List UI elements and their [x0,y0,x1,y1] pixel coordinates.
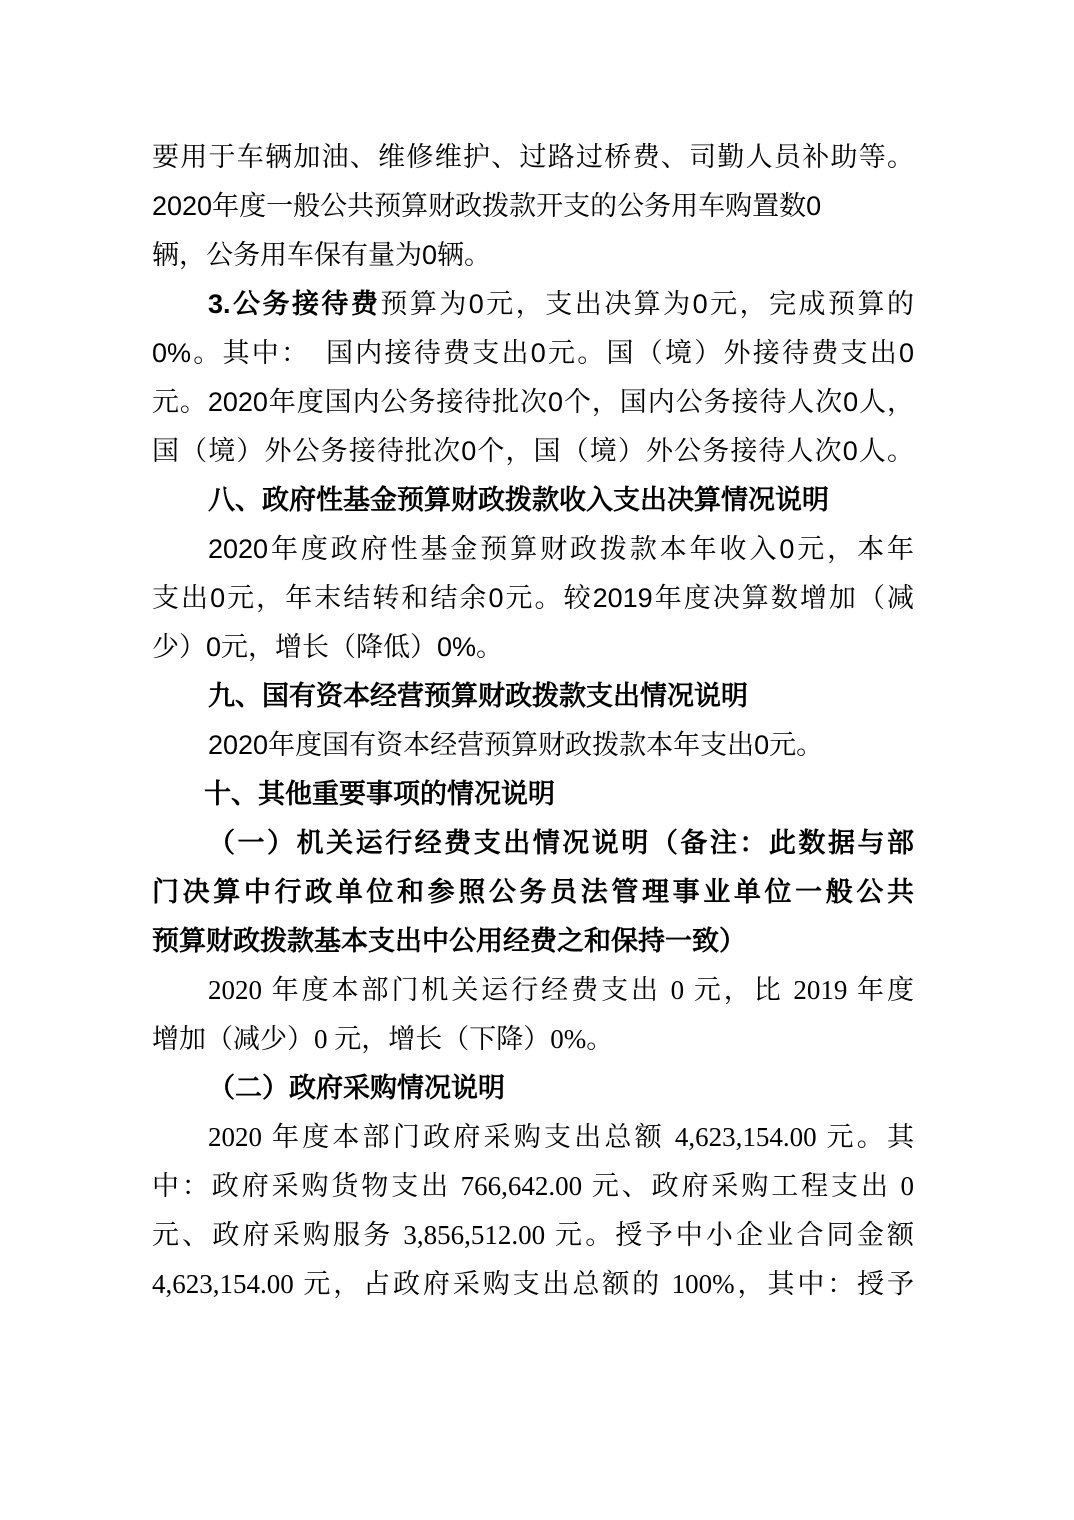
text-run: 4,623,154.00 元，占政府采购支出总额的 100%，其中：授予 [152,1269,914,1299]
bold-text-run: 3.公务接待费 [208,289,380,319]
text-run: 国（境）外公务接待批次0个，国（境）外公务接待人次0人。 [152,436,914,466]
text-run: 元、政府采购服务 3,856,512.00 元。授予中小企业合同金额 [152,1220,914,1250]
text-run: 2020年度一般公共预算财政拨款开支的公务用车购置数0 [152,191,821,221]
text-run: 少）0元，增长（降低）0%。 [152,632,503,662]
text-run: 元。2020年度国内公务接待批次0个，国内公务接待人次0人， [152,387,914,417]
body-line: 元、政府采购服务 3,856,512.00 元。授予中小企业合同金额 [152,1211,914,1260]
body-line: 少）0元，增长（降低）0%。 [152,623,914,672]
body-line: 支出0元，年末结转和结余0元。较2019年度决算数增加（减 [152,574,914,623]
body-line: 中：政府采购货物支出 766,642.00 元、政府采购工程支出 0 [152,1162,914,1211]
text-run: 辆，公务用车保有量为0辆。 [152,240,491,270]
text-run: 增加（减少）0 元，增长（下降）0%。 [152,1024,613,1054]
text-run: 2020年度国有资本经营预算财政拨款本年支出0元。 [208,730,823,760]
body-line: 2020 年度本部门机关运行经费支出 0 元，比 2019 年度 [152,966,914,1015]
body-line: 4,623,154.00 元，占政府采购支出总额的 100%，其中：授予 [152,1260,914,1309]
section-heading: （一）机关运行经费支出情况说明（备注：此数据与部 [152,819,914,868]
section-heading: 门决算中行政单位和参照公务员法管理事业单位一般公共 [152,868,914,917]
bold-text-run: （二）政府采购情况说明 [208,1073,505,1103]
body-line: 辆，公务用车保有量为0辆。 [152,231,914,280]
body-line: 2020年度政府性基金预算财政拨款本年收入0元，本年 [152,525,914,574]
body-line: 3.公务接待费预算为0元，支出决算为0元，完成预算的 [152,280,914,329]
bold-text-run: （一）机关运行经费支出情况说明（备注：此数据与部 [208,828,914,858]
text-run: 预算为0元，支出决算为0元，完成预算的 [380,289,914,319]
body-line: 增加（减少）0 元，增长（下降）0%。 [152,1015,914,1064]
body-line: 2020年度一般公共预算财政拨款开支的公务用车购置数0 [152,182,914,231]
text-run: 2020年度政府性基金预算财政拨款本年收入0元，本年 [208,534,914,564]
bold-text-run: 九、国有资本经营预算财政拨款支出情况说明 [208,681,748,711]
text-run: 2020 年度本部门政府采购支出总额 4,623,154.00 元。其 [208,1122,914,1152]
bold-text-run: 十、其他重要事项的情况说明 [204,779,555,809]
text-run: 要用于车辆加油、维修维护、过路过桥费、司勤人员补助等。 [152,142,914,172]
section-heading: 九、国有资本经营预算财政拨款支出情况说明 [152,672,914,721]
body-line: 要用于车辆加油、维修维护、过路过桥费、司勤人员补助等。 [152,133,914,182]
body-line: 元。2020年度国内公务接待批次0个，国内公务接待人次0人， [152,378,914,427]
text-run: 中：政府采购货物支出 766,642.00 元、政府采购工程支出 0 [152,1171,914,1201]
bold-text-run: 八、政府性基金预算财政拨款收入支出决算情况说明 [208,485,829,515]
bold-text-run: 门决算中行政单位和参照公务员法管理事业单位一般公共 [152,877,914,907]
body-line: 2020年度国有资本经营预算财政拨款本年支出0元。 [152,721,914,770]
document-text: 要用于车辆加油、维修维护、过路过桥费、司勤人员补助等。2020年度一般公共预算财… [152,133,914,1309]
text-run: 2020 年度本部门机关运行经费支出 0 元，比 2019 年度 [208,975,914,1005]
section-heading: （二）政府采购情况说明 [152,1064,914,1113]
bold-text-run: 预算财政拨款基本支出中公用经费之和保持一致） [152,926,746,956]
section-heading: 八、政府性基金预算财政拨款收入支出决算情况说明 [152,476,914,525]
section-heading: 十、其他重要事项的情况说明 [152,770,914,819]
text-run: 支出0元，年末结转和结余0元。较2019年度决算数增加（减 [152,583,914,613]
document-page: 要用于车辆加油、维修维护、过路过桥费、司勤人员补助等。2020年度一般公共预算财… [0,0,1074,1520]
text-run: 0%。其中： 国内接待费支出0元。国（境）外接待费支出0 [152,338,914,368]
body-line: 2020 年度本部门政府采购支出总额 4,623,154.00 元。其 [152,1113,914,1162]
section-heading: 预算财政拨款基本支出中公用经费之和保持一致） [152,917,914,966]
body-line: 0%。其中： 国内接待费支出0元。国（境）外接待费支出0 [152,329,914,378]
body-line: 国（境）外公务接待批次0个，国（境）外公务接待人次0人。 [152,427,914,476]
